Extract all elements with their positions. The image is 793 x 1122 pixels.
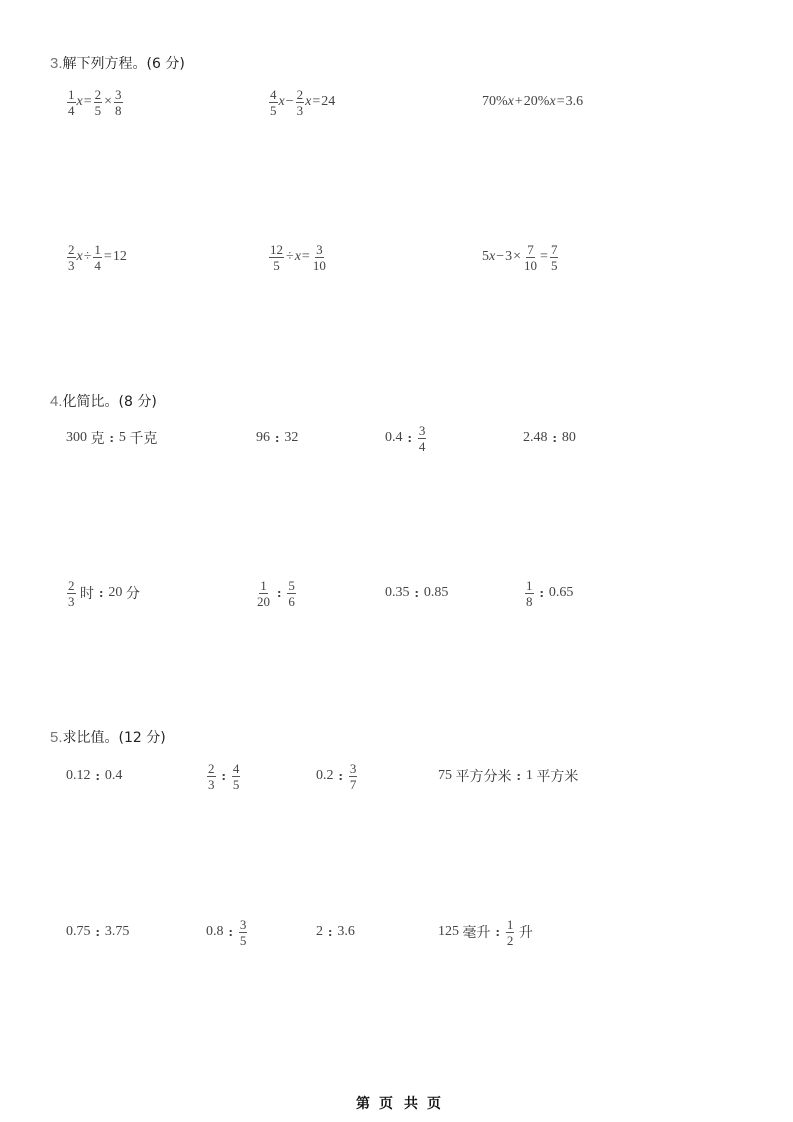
fraction: 35 (239, 917, 248, 948)
math-token: 2.48 (523, 430, 548, 446)
ratio-item: 300 克 : 5 千克 (66, 418, 157, 458)
fraction: 75 (550, 242, 559, 273)
fraction: 18 (525, 578, 534, 609)
math-token: 96 (256, 430, 270, 446)
math-token: × (513, 249, 521, 265)
math-token: 7 (526, 242, 535, 258)
math-token: : (96, 770, 100, 783)
math-token: 毫升 (463, 922, 491, 942)
fraction: 25 (94, 87, 103, 118)
fraction: 23 (207, 761, 216, 792)
math-token: 0.4 (105, 768, 123, 784)
equation-item: 14 x = 25 × 38 (66, 82, 124, 122)
fraction: 34 (418, 423, 427, 454)
math-token: 时 (80, 583, 94, 603)
math-token: 5 (272, 258, 281, 273)
footer-text: 页 (379, 1096, 394, 1112)
math-token: 平方分米 (456, 766, 512, 786)
ratio-value-item: 125 毫升 : 12 升 (438, 912, 533, 952)
ratio-value-item: 2:3.6 (316, 912, 355, 952)
math-token: 2 (67, 242, 76, 258)
math-token: 3.6 (337, 924, 355, 940)
math-token: 10 (523, 258, 538, 273)
math-token: 5 (232, 777, 241, 792)
fraction: 23 (67, 578, 76, 609)
page-footer: 第页共页 (352, 1093, 446, 1113)
math-token: 2 (67, 578, 76, 594)
ratio-item: 0.4: 34 (385, 418, 427, 458)
fraction: 38 (114, 87, 123, 118)
math-token: x (305, 94, 311, 110)
math-token: : (222, 770, 226, 783)
math-token: x (295, 249, 301, 265)
ratio-value-item: 0.2: 37 (316, 756, 358, 796)
math-token: = (84, 94, 92, 110)
section-number: 4. (50, 393, 63, 410)
math-token: 3 (114, 87, 123, 103)
fraction: 45 (232, 761, 241, 792)
math-token: x (549, 94, 555, 110)
math-token: 75 (438, 768, 452, 784)
math-token: 20 (256, 594, 271, 609)
math-token: : (229, 926, 233, 939)
equation-item: 125 ÷ x = 310 (268, 237, 328, 277)
math-token: 1 (506, 917, 515, 933)
section-title: 化简比。(8 分) (63, 394, 157, 410)
math-token: − (496, 249, 504, 265)
math-token: x (489, 249, 495, 265)
section-4-heading: 4.化简比。(8 分) (50, 393, 157, 411)
math-token: 4 (232, 761, 241, 777)
math-token: 32 (284, 430, 298, 446)
fraction: 56 (287, 578, 296, 609)
math-token: 4 (269, 87, 278, 103)
math-token: 70% (482, 94, 508, 110)
math-token: 0.4 (385, 430, 403, 446)
math-token: : (275, 432, 279, 445)
math-token: x (77, 249, 83, 265)
math-token: 3 (315, 242, 324, 258)
math-token: 0.12 (66, 768, 91, 784)
math-token: 千克 (129, 428, 157, 448)
math-token: 0.75 (66, 924, 91, 940)
math-token: 0.8 (206, 924, 224, 940)
fraction: 310 (312, 242, 327, 273)
math-token: 4 (93, 258, 102, 273)
math-token: 2 (316, 924, 323, 940)
math-token: 12 (269, 242, 284, 258)
math-token: 5 (287, 578, 296, 594)
ratio-value-item: 75 平方分米 : 1 平方米 (438, 756, 578, 796)
ratio-value-item: 23 : 45 (206, 756, 241, 796)
fraction: 45 (269, 87, 278, 118)
math-token: 300 (66, 430, 87, 446)
math-token: 升 (519, 922, 533, 942)
ratio-value-item: 0.8: 35 (206, 912, 248, 952)
ratio-value-item: 0.75:3.75 (66, 912, 129, 952)
math-token: 平方米 (536, 766, 578, 786)
section-number: 5. (50, 729, 63, 746)
fraction: 23 (67, 242, 76, 273)
math-token: 80 (562, 430, 576, 446)
equation-item: 5x − 3 × 710 = 75 (482, 237, 559, 277)
math-token: = (302, 249, 310, 265)
math-token: 8 (525, 594, 534, 609)
math-token: 3 (67, 258, 76, 273)
math-token: : (553, 432, 557, 445)
math-token: 2 (94, 87, 103, 103)
math-token: 0.85 (424, 585, 449, 601)
math-token: 2 (296, 87, 305, 103)
math-token: : (517, 770, 521, 783)
math-token: 1 (93, 242, 102, 258)
section-3-heading: 3.解下列方程。(6 分) (50, 55, 185, 73)
math-token: : (496, 926, 500, 939)
footer-text: 页 (427, 1096, 442, 1112)
math-token: = (540, 249, 548, 265)
math-token: 8 (114, 103, 123, 118)
math-token: 1 (526, 768, 533, 784)
math-token: 2 (207, 761, 216, 777)
math-token: 0.65 (549, 585, 574, 601)
math-token: 3.6 (566, 94, 584, 110)
footer-text: 共 (404, 1096, 419, 1112)
ratio-item: 18 : 0.65 (524, 573, 573, 613)
fraction: 14 (93, 242, 102, 273)
math-token: : (328, 926, 332, 939)
fraction: 125 (269, 242, 284, 273)
ratio-item: 96:32 (256, 418, 298, 458)
math-token: 1 (259, 578, 268, 594)
math-token: 0.35 (385, 585, 410, 601)
math-token: : (415, 587, 419, 600)
math-token: 2 (506, 933, 515, 948)
equation-item: 23 x ÷ 14 = 12 (66, 237, 127, 277)
math-token: × (104, 94, 112, 110)
math-token: 5 (550, 258, 559, 273)
math-token: 3 (418, 423, 427, 439)
math-token: 5 (269, 103, 278, 118)
ratio-item: 120 : 56 (255, 573, 297, 613)
math-token: 1 (67, 87, 76, 103)
ratio-value-item: 0.12:0.4 (66, 756, 122, 796)
math-token: 0.2 (316, 768, 334, 784)
equation-item: 70%x + 20%x = 3.6 (482, 82, 583, 122)
math-token: : (339, 770, 343, 783)
math-token: 5 (119, 430, 126, 446)
math-token: x (279, 94, 285, 110)
fraction: 120 (256, 578, 271, 609)
math-token: 4 (67, 103, 76, 118)
math-token: 7 (550, 242, 559, 258)
footer-text: 第 (356, 1096, 371, 1112)
section-title: 求比值。(12 分) (63, 730, 166, 746)
math-token: 3.75 (105, 924, 130, 940)
fraction: 37 (349, 761, 358, 792)
math-token: 3 (296, 103, 305, 118)
math-token: 分 (126, 583, 140, 603)
section-title: 解下列方程。(6 分) (63, 56, 185, 72)
math-token: 125 (438, 924, 459, 940)
math-token: 20 (108, 585, 122, 601)
math-token: 克 (91, 428, 105, 448)
math-token: 12 (113, 249, 127, 265)
math-token: : (277, 587, 281, 600)
math-token: : (99, 587, 103, 600)
math-token: : (540, 587, 544, 600)
math-token: 1 (525, 578, 534, 594)
section-number: 3. (50, 55, 63, 72)
math-token: − (286, 94, 294, 110)
math-token: ÷ (286, 249, 294, 265)
section-5-heading: 5.求比值。(12 分) (50, 729, 166, 747)
math-token: 3 (67, 594, 76, 609)
math-token: 3 (505, 249, 512, 265)
math-token: 4 (418, 439, 427, 454)
math-token: 5 (482, 249, 489, 265)
equation-item: 45 x − 23 x = 24 (268, 82, 335, 122)
math-token: 10 (312, 258, 327, 273)
math-token: x (508, 94, 514, 110)
math-token: 7 (349, 777, 358, 792)
fraction: 710 (523, 242, 538, 273)
math-token: = (557, 94, 565, 110)
ratio-item: 23 时 : 20 分 (66, 573, 140, 613)
math-token: 24 (321, 94, 335, 110)
math-token: : (96, 926, 100, 939)
ratio-item: 0.35:0.85 (385, 573, 448, 613)
math-token: + (515, 94, 523, 110)
fraction: 12 (506, 917, 515, 948)
fraction: 23 (296, 87, 305, 118)
math-token: ÷ (84, 249, 92, 265)
math-token: 20% (524, 94, 550, 110)
math-token: = (312, 94, 320, 110)
math-token: = (104, 249, 112, 265)
math-token: : (110, 432, 114, 445)
fraction: 14 (67, 87, 76, 118)
math-token: x (77, 94, 83, 110)
math-token: 6 (287, 594, 296, 609)
math-token: 5 (239, 933, 248, 948)
math-token: 3 (207, 777, 216, 792)
math-token: 5 (94, 103, 103, 118)
math-token: 3 (239, 917, 248, 933)
ratio-item: 2.48:80 (523, 418, 576, 458)
math-token: 3 (349, 761, 358, 777)
math-token: : (408, 432, 412, 445)
